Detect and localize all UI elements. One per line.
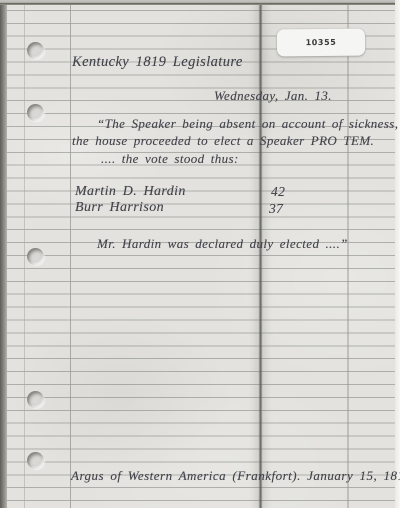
source-citation: Argus of Western America (Frankfort). Ja… xyxy=(71,468,400,484)
date-heading: Wednesday, Jan. 13. xyxy=(214,88,332,104)
ruled-lines xyxy=(7,0,395,508)
catalog-number: 10355 xyxy=(306,38,337,47)
punch-hole xyxy=(27,391,44,408)
scan-edge-left xyxy=(0,0,7,508)
catalog-sticker: 10355 xyxy=(277,29,365,57)
vote-candidate-name: Martin D. Hardin xyxy=(75,184,186,200)
margin-line xyxy=(70,5,71,508)
page-title: Kentucky 1819 Legislature xyxy=(72,54,243,71)
punch-hole xyxy=(27,452,44,469)
punch-hole xyxy=(27,42,44,59)
vote-candidate-name: Burr Harrison xyxy=(75,200,164,216)
vote-count: 37 xyxy=(269,201,283,217)
quote-line-3: .... the vote stood thus: xyxy=(101,151,239,167)
punch-hole xyxy=(27,248,44,265)
center-crease xyxy=(258,0,263,508)
right-fold-line xyxy=(347,0,349,508)
vote-count: 42 xyxy=(271,184,285,200)
punch-hole xyxy=(27,104,44,121)
scan-edge-right xyxy=(395,0,400,508)
scan-edge-top xyxy=(0,0,400,5)
result-line: Mr. Hardin was declared duly elected ...… xyxy=(97,236,348,252)
quote-line-1: “The Speaker being absent on account of … xyxy=(97,116,398,132)
left-fold-line xyxy=(24,4,25,508)
quote-line-2: the house proceeded to elect a Speaker P… xyxy=(72,133,374,149)
scanned-notebook-page: 10355 Kentucky 1819 Legislature Wednesda… xyxy=(0,0,400,508)
